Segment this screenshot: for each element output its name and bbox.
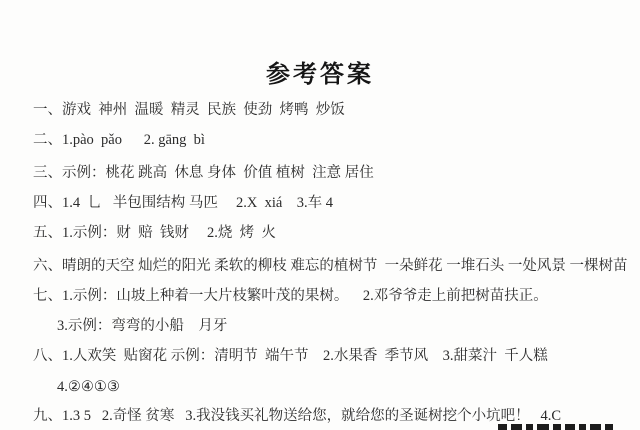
answer-line-9: 九、1.3 5 2.奇怪 贫寒 3.我没钱买礼物送给您，就给您的圣诞树挖个小坑吧…: [33, 406, 561, 426]
answer-line-5: 五、1.示例：财 赔 钱财 2.烧 烤 火: [33, 223, 276, 243]
answer-line-7-sub: 3.示例：弯弯的小船 月牙: [57, 316, 227, 336]
answer-line-8-sub: 4.②④①③: [57, 377, 120, 397]
answer-line-8: 八、1.人欢笑 贴窗花 示例：清明节 端午节 2.水果香 季节风 3.甜菜汁 千…: [33, 346, 548, 366]
answer-line-3: 三、示例：桃花 跳高 休息 身体 价值 植树 注意 居住: [33, 163, 374, 183]
clipped-text-fragment: [498, 424, 640, 430]
answer-line-7: 七、1.示例：山坡上种着一大片枝繁叶茂的果树。 2.邓爷爷走上前把树苗扶正。: [33, 286, 548, 306]
page-title: 参考答案: [0, 54, 640, 89]
page-title-text: 参考答案: [266, 62, 374, 88]
answer-line-6: 六、晴朗的天空 灿烂的阳光 柔软的柳枝 难忘的植树节 一朵鲜花 一堆石头 一处风…: [33, 256, 628, 276]
answer-line-2: 二、1.pào pǎo 2. gāng bì: [33, 130, 205, 150]
answer-sheet-page: 参考答案 一、游戏 神州 温暖 精灵 民族 使劲 烤鸭 炒饭 二、1.pào p…: [0, 0, 640, 430]
answer-line-4: 四、1.4 乚 半包围结构 马匹 2.X xiá 3.车 4: [33, 193, 333, 213]
answer-line-1: 一、游戏 神州 温暖 精灵 民族 使劲 烤鸭 炒饭: [33, 100, 345, 120]
